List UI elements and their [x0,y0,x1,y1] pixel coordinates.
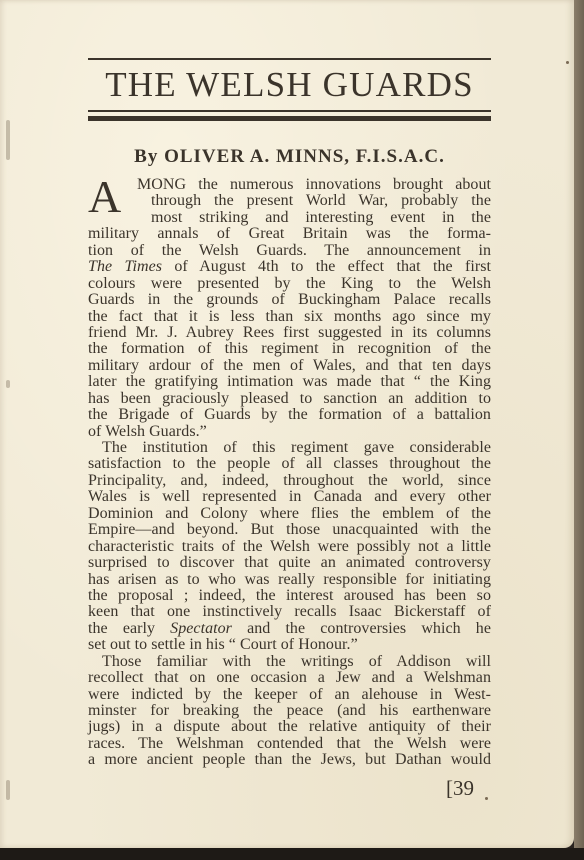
text-line: the fact that it is less than six months… [88,309,491,325]
italic-title: Spectator [170,620,232,637]
title-thick-rule [88,116,491,121]
article: THE WELSH GUARDS By OLIVER A. MINNS, F.I… [88,58,491,769]
text-line: recollect that on one occasion a Jew and… [88,670,491,686]
book-edge [574,0,584,860]
text-line: the Brigade of Guards by the formation o… [88,407,491,423]
text-line: has been graciously pleased to sanction … [88,391,491,407]
text-line: Wales is well represented in Canada and … [88,489,491,505]
book-page: THE WELSH GUARDS By OLIVER A. MINNS, F.I… [0,0,574,848]
text-line: colours were presented by the King to th… [88,276,491,292]
article-title: THE WELSH GUARDS [88,60,491,110]
text-line: military ardour of the men of Wales, and… [88,358,491,374]
text-line: minster for breaking the peace (and his … [88,703,491,719]
text-line: were indicted by the keeper of an alehou… [88,687,491,703]
text-line: satisfaction to the people of all classe… [88,456,491,472]
page-number: [39 [446,776,474,801]
text-line: friend Mr. J. Aubrey Rees first suggeste… [88,325,491,341]
text-line: the proposal ; indeed, the interest arou… [88,588,491,604]
text-line: Empire—and beyond. But those unacquainte… [88,522,491,538]
text-line: of Welsh Guards.” [88,424,491,440]
text-segment: of August 4th to the effect that the fir… [162,258,491,275]
text-line: The institution of this regiment gave co… [88,440,491,456]
text-line: the early Spectator and the controversie… [88,621,491,637]
page-edge-mark [6,780,10,800]
article-body: A MONG the numerous innovations brought … [88,177,491,769]
text-line: military annals of Great Britain was the… [88,226,491,242]
text-line: a more ancient people than the Jews, but… [88,752,491,768]
paper-speck [485,797,488,800]
text-line: most striking and interesting event in t… [88,210,491,226]
book-bottom-edge [0,848,584,860]
text-line: has arisen as to who was really responsi… [88,572,491,588]
text-line: races. The Welshman contended that the W… [88,736,491,752]
text-line: surprised to discover that quite an anim… [88,555,491,571]
text-line: The Times of August 4th to the effect th… [88,259,491,275]
paper-speck [566,61,569,64]
text-line: tion of the Welsh Guards. The announceme… [88,243,491,259]
text-line: jugs) in a dispute about the relative an… [88,719,491,735]
text-line: Principality, and, indeed, throughout th… [88,473,491,489]
text-line: the formation of this regiment in recogn… [88,341,491,357]
text-line: later the gratifying intimation was made… [88,374,491,390]
text-line: characteristic traits of the Welsh were … [88,539,491,555]
text-line: keen that one instinctively recalls Isaa… [88,604,491,620]
italic-title: The Times [88,258,162,275]
page-edge-mark [6,120,10,160]
text-line: Guards in the grounds of Buckingham Pala… [88,292,491,308]
text-line: MONG the numerous innovations brought ab… [88,177,491,193]
text-segment: the early [88,620,170,637]
drop-cap: A [88,178,121,216]
text-line: set out to settle in his “ Court of Hono… [88,637,491,653]
text-line: Those familiar with the writings of Addi… [88,654,491,670]
text-line: through the present World War, probably … [88,193,491,209]
text-segment: and the controversies which he [232,620,491,637]
page-edge-mark [6,380,10,388]
text-line: Dominion and Colony where flies the embl… [88,506,491,522]
article-byline: By OLIVER A. MINNS, F.I.S.A.C. [88,143,491,171]
